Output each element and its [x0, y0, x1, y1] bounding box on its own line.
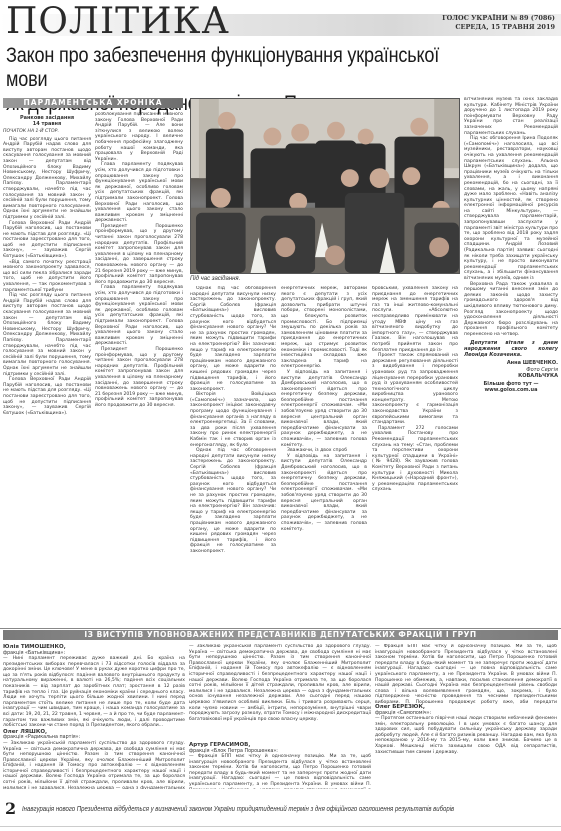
continued-from: ПОЧАТОК НА 1-Й СТОР.	[3, 129, 91, 135]
footer-rule	[0, 826, 561, 827]
paragraph: Верховна Рада також ухвалила в першому ч…	[464, 282, 558, 338]
article-column-3: Однак під час обговорення народні депута…	[190, 286, 276, 626]
paragraph: Під час обговорення Ірина Подоляк («Само…	[464, 136, 558, 281]
paragraph: Президент Порошенко проінформував, що у …	[95, 347, 183, 409]
paragraph: Однак під час обговорення народні депута…	[190, 448, 276, 554]
article-column-5: бровський, ухвалення закону на приєднанн…	[372, 286, 458, 626]
page-number: 2	[5, 799, 16, 818]
article-column-1: Ранкове засідання 14 травня ПОЧАТОК НА 1…	[3, 112, 91, 627]
paragraph: Парламент 272 голосами ухвалив Постанову…	[372, 426, 458, 493]
factions-banner: ІЗ ВИСТУПІВ УПОВНОВАЖЕНИХ ПРЕДСТАВНИКІВ …	[3, 630, 558, 640]
paragraph: Однак під час обговорення народні депута…	[190, 286, 276, 392]
paragraph: вітчизняних музеїв та їхніх закладів кул…	[464, 97, 558, 136]
headline-line-1: Закон про забезпечення функціонування ук…	[6, 44, 470, 92]
paragraph: Проект також спрямований на державне рег…	[372, 353, 458, 426]
paragraph: Президент Порошенко проінформував, що у …	[95, 224, 183, 286]
speech-text: — Фракція БПП має чітку й однозначну поз…	[375, 644, 557, 704]
paragraph: енергетичних мереж, авторами якого є деп…	[281, 286, 367, 370]
speeches-column-1: Юлія ТИМОШЕНКО, фракція «Батьківщина»: —…	[3, 644, 185, 789]
paragraph: Глава парламенту подякував усім, хто дол…	[95, 162, 183, 224]
session-date: 14 травня	[3, 121, 91, 127]
masthead: ГОЛОС УКРАЇНИ № 89 (7086) СЕРЕДА, 15 ТРА…	[442, 14, 555, 32]
section-divider	[0, 628, 561, 629]
birthday-greeting: Депутати вітали з днем народження свого …	[464, 340, 558, 358]
speeches-column-2: — Закликаю українській парламенті суспіл…	[189, 644, 371, 789]
article-column-4: енергетичних мереж, авторами якого є деп…	[281, 286, 367, 626]
paragraph: Вікторія Войціцька («Самопоміч») зазначи…	[190, 392, 276, 448]
photo-caption: Під час засідання.	[190, 276, 240, 282]
photo-credit-name: КОВАЛЬЧУКА	[464, 374, 558, 380]
paragraph: У відповідь на запитання і виступи депут…	[281, 454, 367, 532]
paragraph: Голова Верховної Ради Андрій Парубій наг…	[3, 377, 91, 416]
paragraph: Голова Верховної Ради Андрій Парубій наг…	[3, 221, 91, 260]
footer-quote: Інавгурація нового Президента відбудетьс…	[22, 806, 538, 813]
more-photos-link[interactable]: www.golos.com.ua	[464, 388, 558, 394]
author-signature: Анна ШЕВЧЕНКО.	[464, 361, 558, 367]
speech-text: — Фракція БПП має чітку й однозначну поз…	[189, 754, 371, 789]
speeches-column-3: — Фракція БПП має чітку й однозначну поз…	[375, 644, 557, 789]
speech-text: — Нині парламент переживає дуже важкий д…	[3, 656, 185, 729]
paragraph: У відповідь на запитання і виступи депут…	[281, 370, 367, 448]
paragraph: розблокування підписання мовного закону …	[95, 112, 183, 162]
paragraph: Під час розгляду цього питання Андрій Па…	[3, 293, 91, 377]
rubric-parliament-chronicle: ПАРЛАМЕНТСЬКА ХРОНІКА	[3, 98, 183, 108]
session-subhead: Ранкове засідання 14 травня	[3, 115, 91, 127]
paragraph: «Від самого початку реєстрації мовного з…	[3, 260, 91, 294]
speech-text: — Протягом останнього півріччя наші люди…	[375, 716, 557, 755]
article-column-2: розблокування підписання мовного закону …	[95, 112, 183, 627]
session-photo	[190, 98, 460, 274]
issue-date: СЕРЕДА, 15 ТРАВНЯ 2019	[442, 23, 555, 32]
section-title: ПОЛІТИКА	[6, 4, 230, 40]
paragraph: бровський, ухвалення закону на приєднанн…	[372, 286, 458, 353]
speech-text: — Закликаю українській парламенті суспіл…	[3, 741, 185, 789]
article-column-6: вітчизняних музеїв та їхніх закладів кул…	[464, 97, 558, 627]
paragraph: Глава парламенту подякував усім, хто дол…	[95, 285, 183, 347]
speech-text: — Закликаю українській парламенті суспіл…	[189, 644, 371, 742]
paragraph: Під час розгляду цього питання Андрій Па…	[3, 137, 91, 221]
issue-number: ГОЛОС УКРАЇНИ № 89 (7086)	[442, 14, 555, 23]
photo-image	[191, 99, 459, 273]
